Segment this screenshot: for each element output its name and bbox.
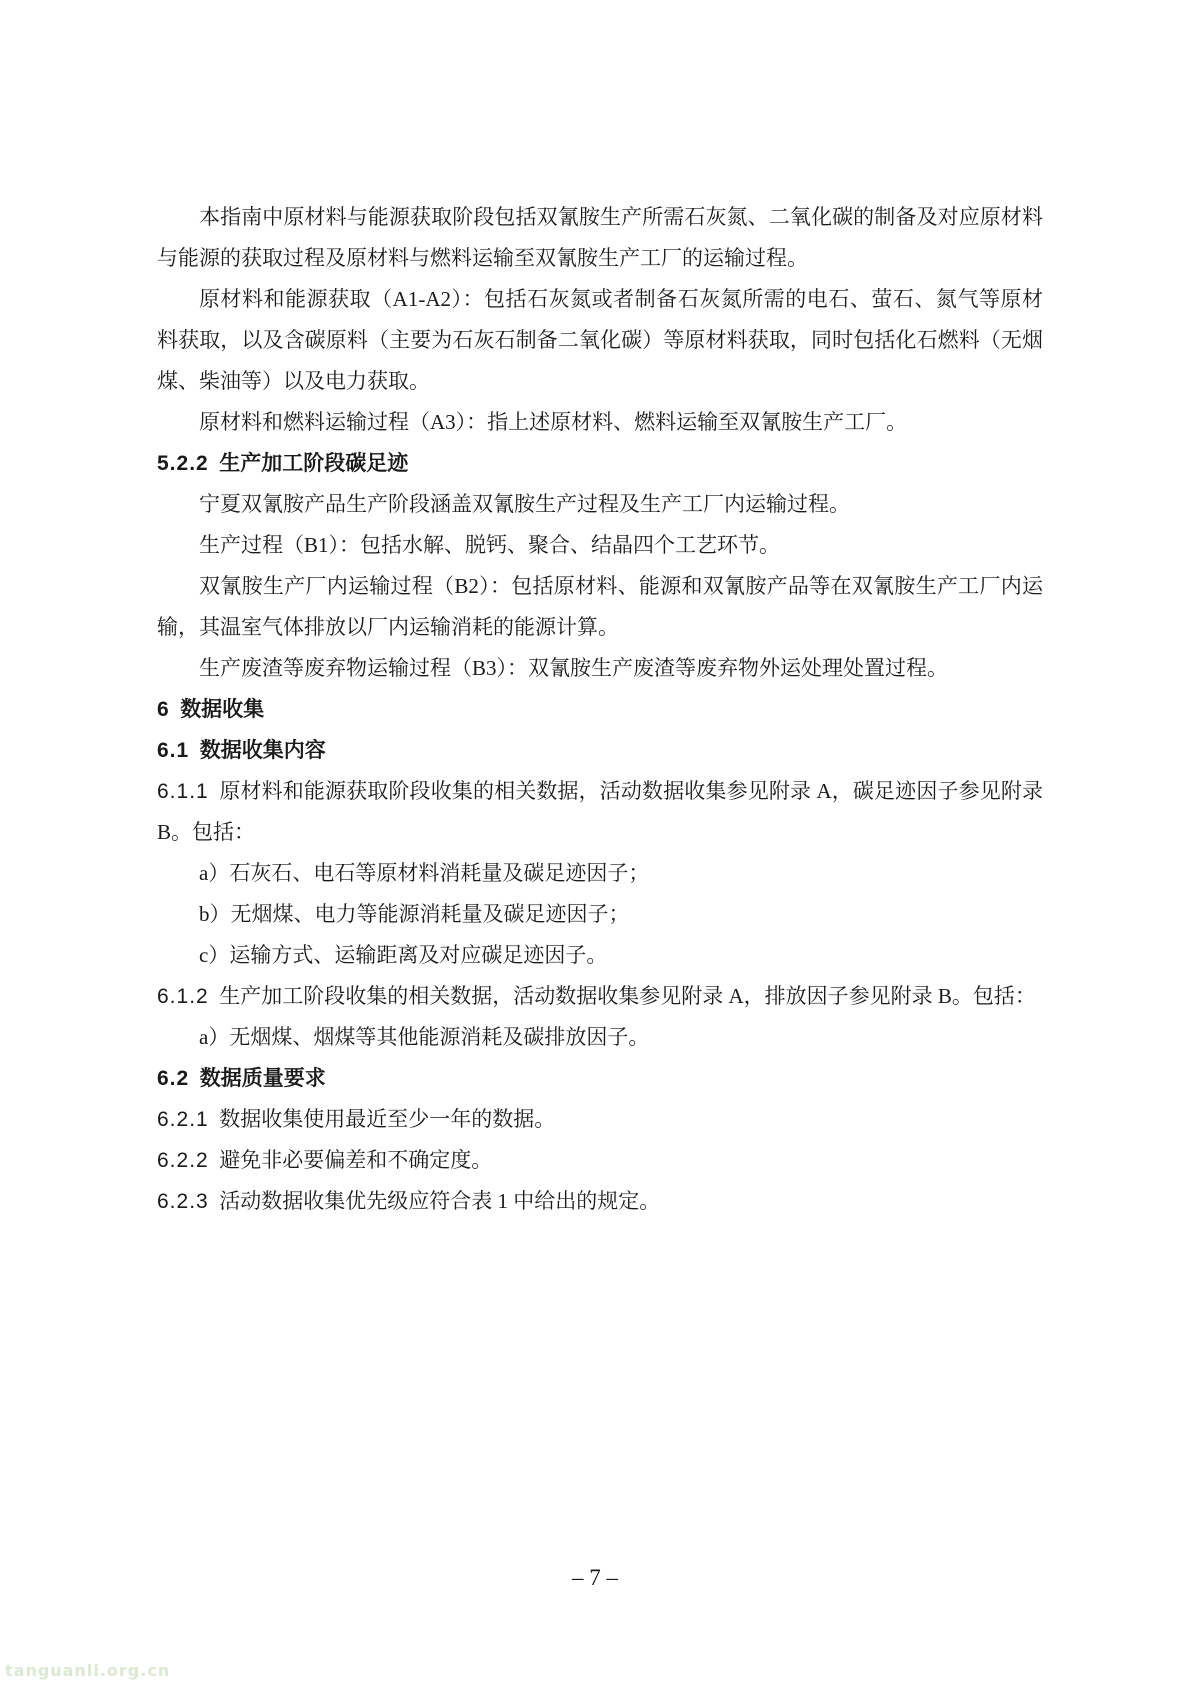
paragraph-6-2-3-number: 6.2.3: [157, 1190, 209, 1213]
paragraph-6-2-3-text: 活动数据收集优先级应符合表 1 中给出的规定。: [219, 1189, 660, 1213]
paragraph-6-1-1-number: 6.1.1: [157, 780, 209, 803]
heading-6-1-title: 数据收集内容: [200, 738, 326, 762]
heading-6-2-number: 6.2: [157, 1067, 189, 1090]
heading-5-2-2-title: 生产加工阶段碳足迹: [219, 451, 408, 475]
list-item-c-transport: c）运输方式、运输距离及对应碳足迹因子。: [157, 935, 1043, 976]
heading-6-1-number: 6.1: [157, 739, 189, 762]
paragraph-scope-overview: 本指南中原材料与能源获取阶段包括双氰胺生产所需石灰氮、二氧化碳的制备及对应原材料…: [157, 197, 1043, 279]
paragraph-6-2-1-text: 数据收集使用最近至少一年的数据。: [219, 1107, 555, 1131]
page-number: – 7 –: [0, 1561, 1190, 1595]
paragraph-6-1-2-number: 6.1.2: [157, 985, 209, 1008]
paragraph-6-2-2-text: 避免非必要偏差和不确定度。: [219, 1148, 492, 1172]
heading-5-2-2: 5.2.2生产加工阶段碳足迹: [157, 443, 1043, 484]
list-item-a-other-energy: a）无烟煤、烟煤等其他能源消耗及碳排放因子。: [157, 1017, 1043, 1058]
heading-6-1: 6.1数据收集内容: [157, 730, 1043, 771]
heading-6-title: 数据收集: [180, 697, 264, 721]
heading-6-2: 6.2数据质量要求: [157, 1058, 1043, 1099]
paragraph-6-1-2-text: 生产加工阶段收集的相关数据，活动数据收集参见附录 A，排放因子参见附录 B。包括…: [219, 984, 1036, 1008]
heading-6-number: 6: [157, 698, 170, 721]
paragraph-waste-transport-b3: 生产废渣等废弃物运输过程（B3）：双氰胺生产废渣等废弃物外运处理处置过程。: [157, 648, 1043, 689]
document-page: 本指南中原材料与能源获取阶段包括双氰胺生产所需石灰氮、二氧化碳的制备及对应原材料…: [0, 0, 1190, 1683]
paragraph-6-2-1: 6.2.1数据收集使用最近至少一年的数据。: [157, 1099, 1043, 1140]
paragraph-6-1-1: 6.1.1原材料和能源获取阶段收集的相关数据，活动数据收集参见附录 A，碳足迹因…: [157, 771, 1043, 853]
list-item-a-raw-materials: a）石灰石、电石等原材料消耗量及碳足迹因子；: [157, 853, 1043, 894]
paragraph-6-2-3: 6.2.3活动数据收集优先级应符合表 1 中给出的规定。: [157, 1181, 1043, 1222]
heading-5-2-2-number: 5.2.2: [157, 452, 209, 475]
paragraph-6-2-1-number: 6.2.1: [157, 1108, 209, 1131]
paragraph-transport-a3: 原材料和燃料运输过程（A3）：指上述原材料、燃料运输至双氰胺生产工厂。: [157, 402, 1043, 443]
paragraph-in-plant-transport-b2: 双氰胺生产厂内运输过程（B2）：包括原材料、能源和双氰胺产品等在双氰胺生产工厂内…: [157, 566, 1043, 648]
paragraph-6-1-2: 6.1.2生产加工阶段收集的相关数据，活动数据收集参见附录 A，排放因子参见附录…: [157, 976, 1043, 1017]
list-item-b-energy: b）无烟煤、电力等能源消耗量及碳足迹因子；: [157, 894, 1043, 935]
watermark-text: tanguanli.org.cn: [5, 1661, 170, 1680]
heading-6: 6数据收集: [157, 689, 1043, 730]
paragraph-raw-material-energy-a1-a2: 原材料和能源获取（A1-A2）：包括石灰氮或者制备石灰氮所需的电石、萤石、氮气等…: [157, 279, 1043, 402]
paragraph-6-2-2: 6.2.2避免非必要偏差和不确定度。: [157, 1140, 1043, 1181]
paragraph-6-1-1-text: 原材料和能源获取阶段收集的相关数据，活动数据收集参见附录 A，碳足迹因子参见附录…: [157, 779, 1043, 844]
paragraph-6-2-2-number: 6.2.2: [157, 1149, 209, 1172]
page-content: 本指南中原材料与能源获取阶段包括双氰胺生产所需石灰氮、二氧化碳的制备及对应原材料…: [157, 197, 1043, 1222]
paragraph-production-process-b1: 生产过程（B1）：包括水解、脱钙、聚合、结晶四个工艺环节。: [157, 525, 1043, 566]
heading-6-2-title: 数据质量要求: [200, 1066, 326, 1090]
paragraph-production-stage-scope: 宁夏双氰胺产品生产阶段涵盖双氰胺生产过程及生产工厂内运输过程。: [157, 484, 1043, 525]
